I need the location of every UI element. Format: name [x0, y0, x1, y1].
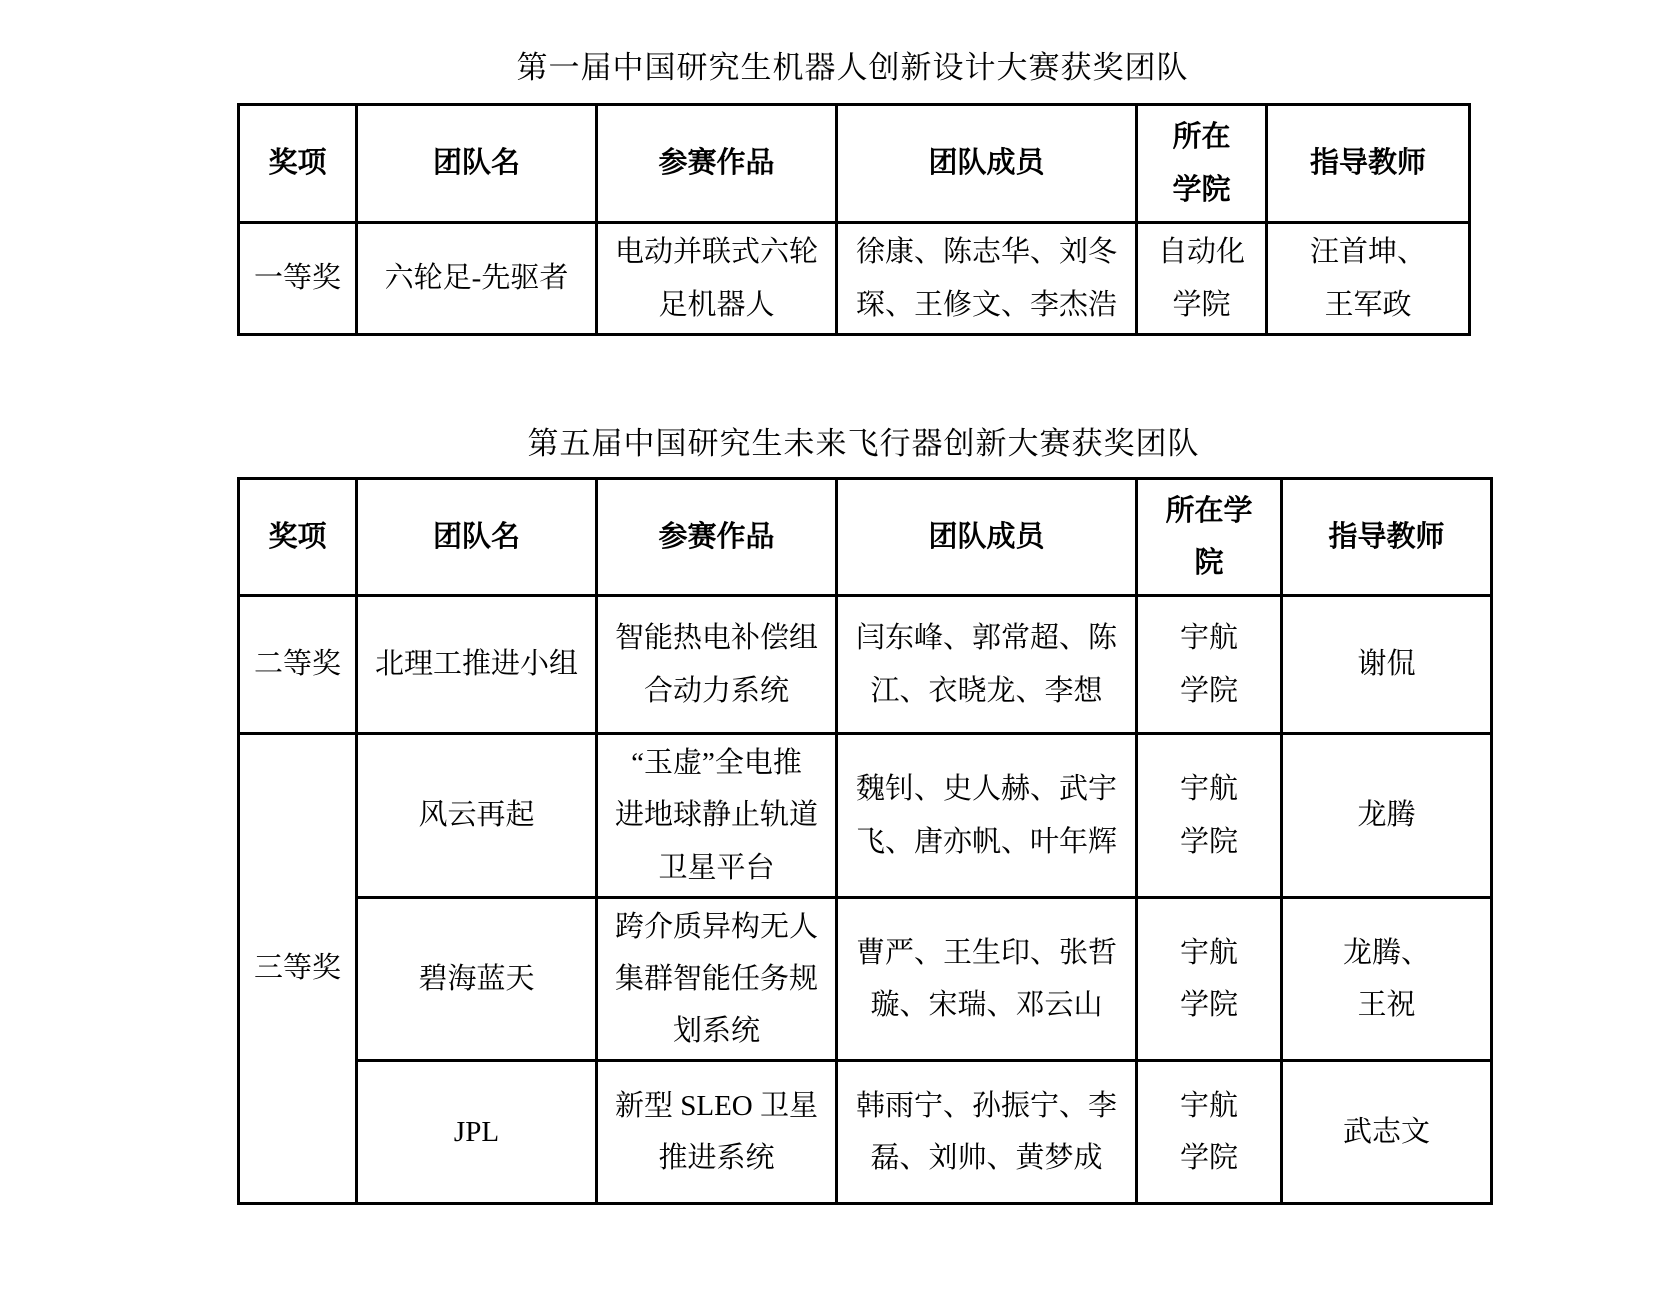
cell-team: 六轮足-先驱者 — [357, 223, 597, 335]
cell-team: 风云再起 — [357, 734, 597, 898]
table1-header-award: 奖项 — [239, 105, 357, 223]
cell-team: 碧海蓝天 — [357, 898, 597, 1061]
table2-header-team: 团队名 — [357, 479, 597, 596]
table2-header-advisor: 指导教师 — [1282, 479, 1492, 596]
cell-members: 曹严、王生印、张哲 璇、宋瑞、邓云山 — [837, 898, 1137, 1061]
table1-header-advisor: 指导教师 — [1267, 105, 1470, 223]
cell-members: 徐康、陈志华、刘冬 琛、王修文、李杰浩 — [837, 223, 1137, 335]
cell-award: 二等奖 — [239, 596, 357, 734]
document-page: 第一届中国研究生机器人创新设计大赛获奖团队 奖项 团队名 参赛作品 团队成员 所… — [0, 0, 1654, 1303]
cell-advisor: 谢侃 — [1282, 596, 1492, 734]
cell-members: 魏钊、史人赫、武宇 飞、唐亦帆、叶年辉 — [837, 734, 1137, 898]
cell-college: 宇航 学院 — [1137, 1061, 1282, 1204]
section-aircraft-competition: 第五届中国研究生未来飞行器创新大赛获奖团队 奖项 团队名 参赛作品 团队成员 所… — [237, 418, 1654, 1205]
cell-award-third-prize: 三等奖 — [239, 734, 357, 1204]
cell-college: 宇航 学院 — [1137, 596, 1282, 734]
table2-header-college: 所在学 院 — [1137, 479, 1282, 596]
table2-header-work: 参赛作品 — [597, 479, 837, 596]
cell-college: 宇航 学院 — [1137, 734, 1282, 898]
cell-work: “玉虚”全电推 进地球静止轨道 卫星平台 — [597, 734, 837, 898]
cell-advisor: 龙腾、 王祝 — [1282, 898, 1492, 1061]
cell-award: 一等奖 — [239, 223, 357, 335]
table2-header-members: 团队成员 — [837, 479, 1137, 596]
cell-advisor: 龙腾 — [1282, 734, 1492, 898]
table1-robot-awards: 奖项 团队名 参赛作品 团队成员 所在 学院 指导教师 一等奖 六轮足-先驱者 … — [237, 103, 1471, 336]
table2-row-second-prize: 二等奖 北理工推进小组 智能热电补偿组 合动力系统 闫东峰、郭常超、陈 江、衣晓… — [239, 596, 1492, 734]
table1-header-row: 奖项 团队名 参赛作品 团队成员 所在 学院 指导教师 — [239, 105, 1470, 223]
cell-team: 北理工推进小组 — [357, 596, 597, 734]
table2-title: 第五届中国研究生未来飞行器创新大赛获奖团队 — [237, 418, 1490, 463]
table1-title: 第一届中国研究生机器人创新设计大赛获奖团队 — [237, 42, 1468, 87]
cell-college: 宇航 学院 — [1137, 898, 1282, 1061]
table2-row-third-prize-2: 碧海蓝天 跨介质异构无人 集群智能任务规 划系统 曹严、王生印、张哲 璇、宋瑞、… — [239, 898, 1492, 1061]
table2-row-third-prize-3: JPL 新型 SLEO 卫星 推进系统 韩雨宁、孙振宁、李 磊、刘帅、黄梦成 宇… — [239, 1061, 1492, 1204]
cell-advisor: 武志文 — [1282, 1061, 1492, 1204]
cell-work: 跨介质异构无人 集群智能任务规 划系统 — [597, 898, 837, 1061]
table1-header-work: 参赛作品 — [597, 105, 837, 223]
table1-row-first-prize: 一等奖 六轮足-先驱者 电动并联式六轮 足机器人 徐康、陈志华、刘冬 琛、王修文… — [239, 223, 1470, 335]
cell-team: JPL — [357, 1061, 597, 1204]
table2-aircraft-awards: 奖项 团队名 参赛作品 团队成员 所在学 院 指导教师 二等奖 北理工推进小组 … — [237, 477, 1493, 1205]
table2-header-row: 奖项 团队名 参赛作品 团队成员 所在学 院 指导教师 — [239, 479, 1492, 596]
table1-header-members: 团队成员 — [837, 105, 1137, 223]
cell-work: 新型 SLEO 卫星 推进系统 — [597, 1061, 837, 1204]
table1-header-college: 所在 学院 — [1137, 105, 1267, 223]
cell-advisor: 汪首坤、 王军政 — [1267, 223, 1470, 335]
cell-work: 电动并联式六轮 足机器人 — [597, 223, 837, 335]
table2-row-third-prize-1: 三等奖 风云再起 “玉虚”全电推 进地球静止轨道 卫星平台 魏钊、史人赫、武宇 … — [239, 734, 1492, 898]
cell-members: 韩雨宁、孙振宁、李 磊、刘帅、黄梦成 — [837, 1061, 1137, 1204]
section-robot-competition: 第一届中国研究生机器人创新设计大赛获奖团队 奖项 团队名 参赛作品 团队成员 所… — [237, 0, 1654, 336]
cell-members: 闫东峰、郭常超、陈 江、衣晓龙、李想 — [837, 596, 1137, 734]
table1-header-team: 团队名 — [357, 105, 597, 223]
cell-college: 自动化 学院 — [1137, 223, 1267, 335]
table2-header-award: 奖项 — [239, 479, 357, 596]
cell-work: 智能热电补偿组 合动力系统 — [597, 596, 837, 734]
